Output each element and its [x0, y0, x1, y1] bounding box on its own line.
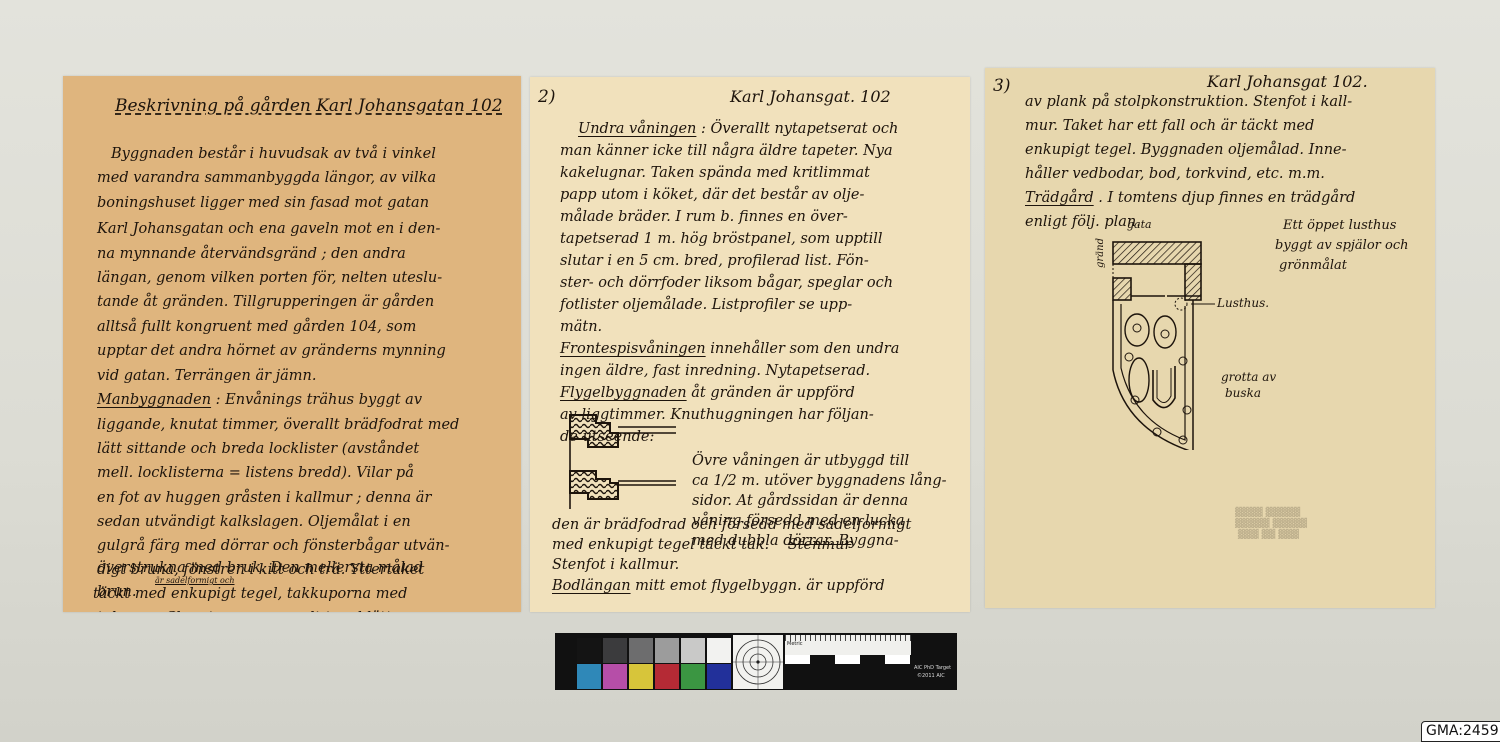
page-number: 3) [993, 76, 1010, 96]
plan-note: byggt av spjälor och [1275, 238, 1408, 253]
page-2-line: fotlister oljemålade. Listprofiler se up… [560, 297, 852, 313]
page-3-line: enkupigt tegel. Byggnaden oljemålad. Inn… [1025, 142, 1347, 158]
page-2-line: man känner icke till några äldre tapeter… [560, 143, 893, 159]
page-1-line: längan, genom vilken porten för, nelten … [97, 270, 442, 286]
color-calibration-target: Metric AIC PhD Target ©2011 AIC [555, 633, 957, 690]
page-2-line: med enkupigt tegel täckt tak. [552, 537, 769, 553]
section-heading-tradgard: Trädgård [1025, 190, 1094, 206]
color-swatch [681, 664, 705, 689]
section-heading-frontespis: Frontespisvåningen [560, 341, 706, 357]
page-2-line: ingen äldre, fast inredning. Nytapetsera… [560, 363, 870, 379]
page-1-line: tande åt gränden. Tillgrupperingen är gå… [97, 294, 434, 310]
metric-ruler: Metric [785, 635, 911, 655]
section-heading-undra-vaningen: Undra våningen [578, 121, 696, 137]
page-2-line: innehåller som den undra [710, 341, 899, 357]
page-3-line: av plank på stolpkonstruktion. Stenfot i… [1025, 94, 1352, 110]
page-1-line: sedan utvändigt kalkslagen. Oljemålat i … [97, 514, 411, 530]
plan-note: grönmålat [1279, 258, 1347, 273]
page-1-line: täckt med enkupigt tegel, takkuporna med [93, 586, 407, 602]
page-1-line: en fot av huggen gråsten i kallmur ; den… [97, 490, 431, 506]
page-2-line: ca 1/2 m. utöver byggnadens lång- [692, 473, 947, 489]
section-heading-flygelbyggnaden: Flygelbyggnaden [560, 385, 687, 401]
page-1-line: med varandra sammanbyggda längor, av vil… [97, 170, 436, 186]
page-header: Karl Johansgat 102. [1207, 72, 1368, 91]
page-2-line: sidor. At gårdssidan är denna [692, 493, 908, 509]
section-heading-manbyggnaden: Manbyggnaden [97, 392, 211, 408]
gray-swatch [577, 638, 601, 663]
interlinear-insertion: är sadelformigt och [155, 576, 235, 585]
gray-swatch [681, 638, 705, 663]
color-swatch [707, 664, 731, 689]
page-1-line: lätt sittande och breda locklister (avst… [97, 441, 419, 457]
page-number: 2) [538, 87, 555, 107]
ruler-label: Metric [787, 641, 803, 647]
plan-label-gazebo: Lusthus. [1217, 296, 1269, 310]
plan-note: Ett öppet lusthus [1283, 218, 1396, 233]
ruler-checker [785, 655, 911, 664]
struck-word: Stenmur [788, 537, 852, 553]
color-swatch [603, 664, 627, 689]
page-1-line: alltså fullt kongruent med gården 104, s… [97, 319, 416, 335]
target-copyright: ©2011 AIC [917, 673, 945, 679]
color-swatch [629, 664, 653, 689]
page-1-line: Byggnaden består i huvudsak av två i vin… [111, 146, 436, 162]
plan-label-grotto: grotta av [1221, 370, 1276, 384]
garden-plan-sketch [1095, 230, 1215, 450]
page-3-line: enligt följ. plan. [1025, 214, 1141, 230]
page-2-line: Övre våningen är utbyggd till [692, 453, 909, 469]
page-1-line: Karl Johansgatan och ena gaveln mot en i… [97, 221, 440, 237]
page-1-line: vid gatan. Terrängen är jämn. [97, 368, 316, 384]
page-2-line: : Överallt nytapetserat och [701, 121, 898, 137]
page-2-line: slutar i en 5 cm. bred, profilerad list.… [560, 253, 869, 269]
page-1-title: Beskrivning på gården Karl Johansgatan 1… [115, 96, 503, 116]
gray-swatch [629, 638, 653, 663]
color-swatch [655, 664, 679, 689]
plan-label-grotto: buska [1225, 386, 1261, 400]
page-1-line: brun. [97, 584, 137, 600]
manuscript-page-3: 3) Karl Johansgat 102. av plank på stolp… [985, 68, 1435, 608]
page-1-line: na mynnande återvändsgränd ; den andra [97, 246, 406, 262]
catalog-label: GMA:2459 [1421, 721, 1500, 742]
page-1-line: takpapp. Skorstenarna av gult tegel lätt [97, 610, 391, 612]
page-2-line: mätn. [560, 319, 602, 335]
page-3-line: mur. Taket har ett fall och är täckt med [1025, 118, 1314, 134]
plan-label-street: gata [1127, 218, 1152, 231]
manuscript-page-1: Beskrivning på gården Karl Johansgatan 1… [63, 76, 521, 612]
page-header: Karl Johansgat. 102 [730, 87, 891, 106]
page-1-line: boningshuset ligger med sin fasad mot ga… [97, 195, 429, 211]
page-2-line: mitt emot flygelbyggn. är uppförd [635, 578, 885, 594]
gray-swatch [707, 638, 731, 663]
archive-stamp: ▓▓▓▓ ▓▓▓▓▓ ▓▓▓▓▓ ▓▓▓▓▓ ▓▓▓ ▓▓ ▓▓▓ [1235, 508, 1307, 541]
color-swatch [577, 664, 601, 689]
page-1-line: överstrukna med bruk. Den mellersta måla… [97, 560, 423, 576]
page-2-line: den är brädfodrad och försedd med sadelf… [552, 517, 911, 533]
page-2-line: Stenfot i kallmur. [552, 557, 679, 573]
page-1-line: gulgrå färg med dörrar och fönsterbågar … [97, 538, 450, 554]
gray-swatch [603, 638, 627, 663]
page-1-line: mell. locklisterna = listens bredd). Vil… [97, 465, 414, 481]
page-3-line: . I tomtens djup finnes en trädgård [1098, 190, 1355, 206]
page-1-line: upptar det andra hörnet av gränderns myn… [97, 343, 446, 359]
page-2-line: åt gränden är uppförd [691, 385, 855, 401]
log-corner-sketch [566, 411, 678, 511]
focus-target-icon [733, 635, 783, 689]
page-2-line: tapetserad 1 m. hög bröstpanel, som uppt… [560, 231, 883, 247]
label-strip: AIC PhD Target ©2011 AIC [911, 635, 957, 687]
page-1-line: : Envånings trähus byggt av [216, 392, 422, 408]
page-2-line: ster- och dörrfoder liksom bågar, spegla… [560, 275, 893, 291]
page-3-line: håller vedbodar, bod, torkvind, etc. m.m… [1025, 166, 1325, 182]
plan-label-alley: gränd [1095, 238, 1106, 268]
gray-swatch [655, 638, 679, 663]
page-2-line: målade bräder. I rum b. finnes en över- [560, 209, 848, 225]
target-label: AIC PhD Target [914, 665, 951, 671]
page-2-line: papp utom i köket, där det består av olj… [560, 187, 864, 203]
section-heading-bodlangan: Bodlängan [552, 578, 631, 594]
page-1-line: liggande, knutat timmer, överallt brädfo… [97, 417, 459, 433]
page-2-line: kakelugnar. Taken spända med kritlimmat [560, 165, 870, 181]
